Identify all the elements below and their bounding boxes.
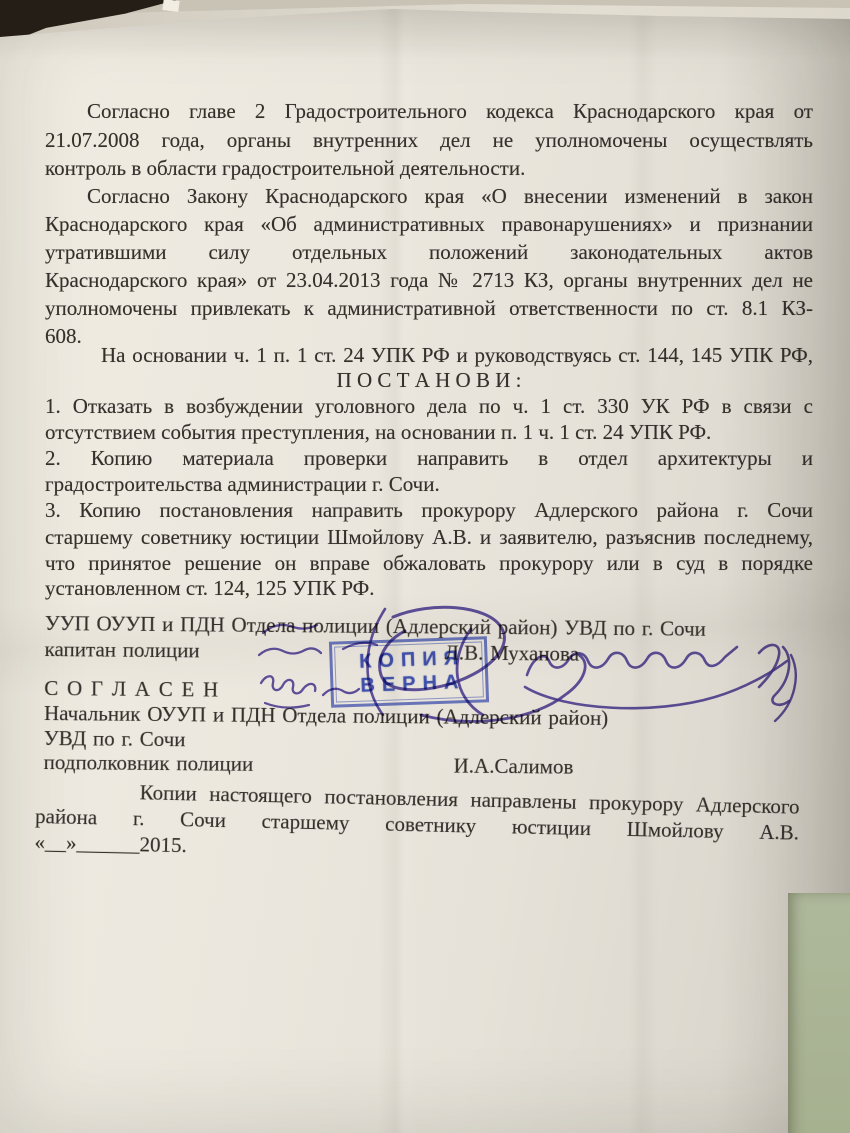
text-line: отсутствием события преступления, на осн… — [45, 418, 813, 446]
text-line: 21.07.2008 года, органы внутренних дел н… — [45, 126, 813, 154]
text-line: Согласно главе 2 Градостроительного коде… — [45, 97, 813, 125]
ink-scribble — [263, 625, 317, 633]
text-line: Согласно Закону Краснодарского края «О в… — [45, 182, 813, 210]
rank2-line: подполковник полиции И.А.Салимов — [44, 748, 812, 783]
text-line: что принятое решение он вправе обжаловат… — [45, 549, 813, 577]
text-line: градостроительства администрации г. Сочи… — [45, 470, 813, 498]
text-line: контроль в области градостроительной дея… — [45, 154, 813, 182]
document-paper: Согласно главе 2 Градостроительного коде… — [0, 0, 850, 1133]
rank2-label: подполковник полиции — [44, 750, 254, 776]
handwritten-signature — [527, 647, 737, 675]
text-line: 2. Копию материала проверки направить в … — [45, 444, 813, 472]
footer-block: Копии настоящего постановления направлен… — [34, 777, 800, 872]
handwritten-date — [261, 676, 315, 693]
ink-loop — [380, 607, 505, 689]
document-photo: Согласно главе 2 Градостроительного коде… — [0, 0, 850, 1133]
rank1-label: капитан полиции — [45, 637, 200, 662]
text-line: Краснодарского края» от 23.04.2013 года … — [45, 266, 813, 294]
text-line: На основании ч. 1 п. 1 ст. 24 УПК РФ и р… — [45, 341, 813, 369]
text-line: утратившими силу отдельных положений зак… — [45, 238, 813, 266]
paper-edge-sliver — [162, 0, 179, 12]
officer2-name-typed: И.А.Салимов — [454, 752, 574, 781]
ink-scribble — [323, 689, 359, 695]
text-line: установленном ст. 124, 125 УПК РФ. — [45, 574, 813, 602]
ink-scribble — [265, 703, 309, 708]
green-surface-corner — [788, 893, 850, 1133]
text-line: 1. Отказать в возбуждении уголовного дел… — [45, 392, 813, 420]
text-line: 3. Копию постановления направить прокуро… — [45, 496, 813, 524]
ink-scribble — [259, 648, 321, 655]
text-line: Краснодарского края «Об административных… — [45, 210, 813, 238]
ink-stroke — [421, 655, 585, 721]
text-line: уполномочены привлекать к административн… — [45, 294, 813, 322]
ink-stroke — [367, 609, 385, 715]
text-line: старшему советнику юстиции Шмойлову А.В.… — [45, 523, 813, 551]
postanovil-heading: П О С Т А Н О В И : — [45, 366, 813, 394]
ink-scribble — [343, 643, 377, 649]
